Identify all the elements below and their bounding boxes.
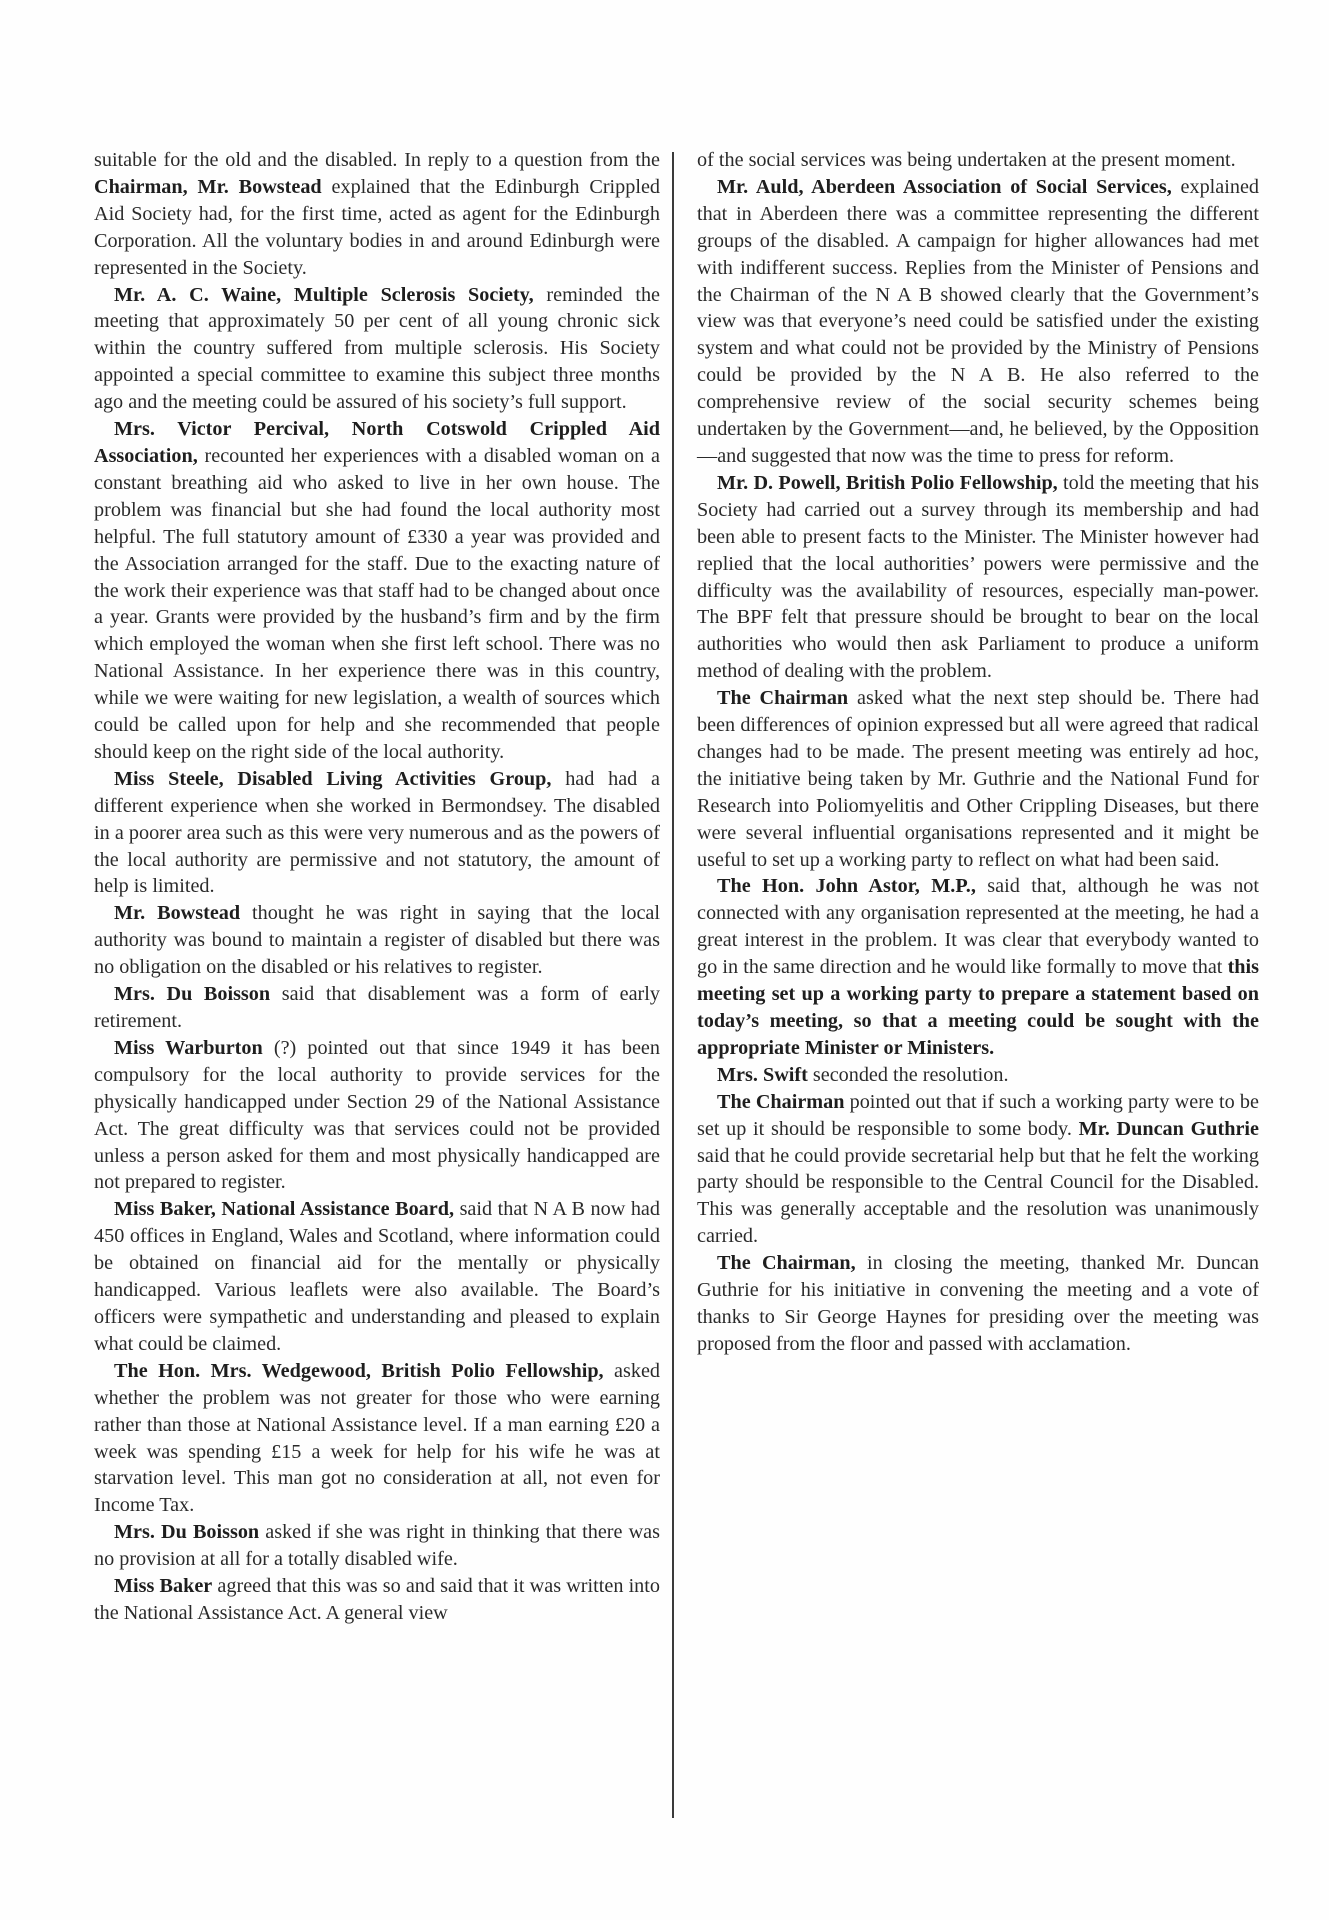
- speaker-name: The Chairman: [717, 1091, 844, 1113]
- paragraph-powell: Mr. D. Powell, British Polio Fellowship,…: [697, 470, 1259, 685]
- paragraph-wedgewood: The Hon. Mrs. Wedgewood, British Polio F…: [94, 1358, 660, 1519]
- speaker-name: Miss Steele, Disabled Living Activities …: [114, 768, 551, 790]
- speaker-name: Miss Baker, National Assistance Board,: [114, 1198, 454, 1220]
- speaker-name: Miss Baker: [114, 1575, 212, 1597]
- paragraph-baker-2: Miss Baker agreed that this was so and s…: [94, 1573, 660, 1627]
- paragraph-percival: Mrs. Victor Percival, North Cotswold Cri…: [94, 416, 660, 766]
- paragraph-du-boisson-1: Mrs. Du Boisson said that disablement wa…: [94, 981, 660, 1035]
- speaker-name: Mr. A. C. Waine, Multiple Sclerosis Soci…: [114, 284, 534, 306]
- paragraph-waine: Mr. A. C. Waine, Multiple Sclerosis Soci…: [94, 282, 660, 417]
- paragraph-text: suitable for the old and the disabled. I…: [94, 149, 660, 171]
- paragraph-swift: Mrs. Swift seconded the resolution.: [697, 1062, 1259, 1089]
- paragraph-text: recounted her experiences with a disable…: [94, 445, 660, 763]
- paragraph-text: said that N A B now had 450 offices in E…: [94, 1198, 660, 1355]
- paragraph-text: told the meeting that his Society had ca…: [697, 472, 1259, 682]
- paragraph-continuation: of the social services was being underta…: [697, 147, 1259, 174]
- speaker-name: The Hon. Mrs. Wedgewood, British Polio F…: [114, 1360, 604, 1382]
- speaker-name: Mrs. Du Boisson: [114, 983, 270, 1005]
- paragraph-chairman-2: The Chairman pointed out that if such a …: [697, 1089, 1259, 1250]
- speaker-name: The Chairman,: [717, 1252, 856, 1274]
- paragraph-chairman-closing: The Chairman, in closing the meeting, th…: [697, 1250, 1259, 1358]
- paragraph-text: said that he could provide secretarial h…: [697, 1145, 1259, 1248]
- paragraph-text: (?) pointed out that since 1949 it has b…: [94, 1037, 660, 1194]
- speaker-name: Mr. Bowstead: [114, 902, 240, 924]
- speaker-name: Chairman, Mr. Bowstead: [94, 176, 322, 198]
- speaker-name: Mrs. Du Boisson: [114, 1521, 259, 1543]
- right-column: of the social services was being underta…: [697, 147, 1259, 1358]
- speaker-name: Mrs. Swift: [717, 1064, 808, 1086]
- document-page: suitable for the old and the disabled. I…: [0, 0, 1329, 1920]
- paragraph-text: asked what the next step should be. Ther…: [697, 687, 1259, 870]
- paragraph-text: explained that in Aberdeen there was a c…: [697, 176, 1259, 467]
- column-divider: [672, 152, 674, 1818]
- paragraph-astor: The Hon. John Astor, M.P., said that, al…: [697, 873, 1259, 1061]
- paragraph-text: seconded the resolution.: [808, 1064, 1009, 1086]
- paragraph-bowstead: Mr. Bowstead thought he was right in say…: [94, 900, 660, 981]
- paragraph-continuation: suitable for the old and the disabled. I…: [94, 147, 660, 282]
- paragraph-chairman-1: The Chairman asked what the next step sh…: [697, 685, 1259, 873]
- paragraph-du-boisson-2: Mrs. Du Boisson asked if she was right i…: [94, 1519, 660, 1573]
- paragraph-text: of the social services was being underta…: [697, 149, 1236, 171]
- paragraph-steele: Miss Steele, Disabled Living Activities …: [94, 766, 660, 901]
- paragraph-warburton: Miss Warburton (?) pointed out that sinc…: [94, 1035, 660, 1196]
- paragraph-baker-1: Miss Baker, National Assistance Board, s…: [94, 1196, 660, 1357]
- paragraph-auld: Mr. Auld, Aberdeen Association of Social…: [697, 174, 1259, 470]
- left-column: suitable for the old and the disabled. I…: [94, 147, 660, 1627]
- speaker-name: The Chairman: [717, 687, 848, 709]
- speaker-name: Miss Warburton: [114, 1037, 263, 1059]
- speaker-name: Mr. Duncan Guthrie: [1079, 1118, 1259, 1140]
- speaker-name: The Hon. John Astor, M.P.,: [717, 875, 976, 897]
- paragraph-text: asked whether the problem was not greate…: [94, 1360, 660, 1517]
- speaker-name: Mr. D. Powell, British Polio Fellowship,: [717, 472, 1058, 494]
- speaker-name: Mr. Auld, Aberdeen Association of Social…: [717, 176, 1172, 198]
